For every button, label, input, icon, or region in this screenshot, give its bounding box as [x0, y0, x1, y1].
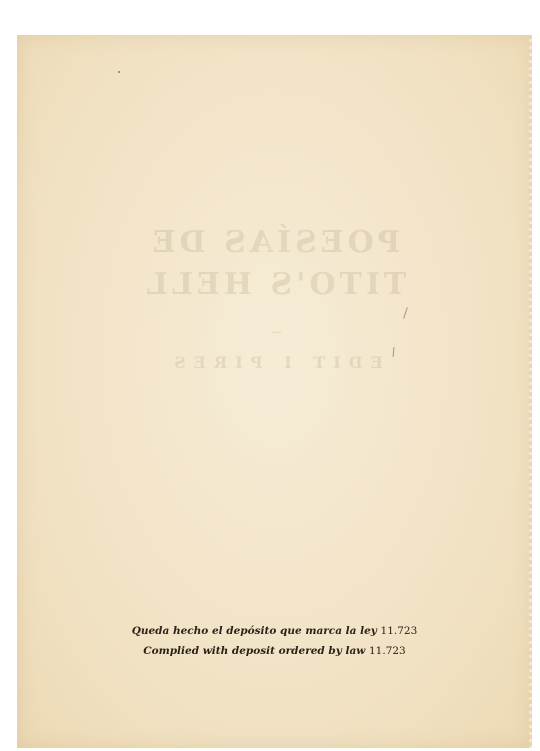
deposit-text-english: Complied with deposit ordered by law [143, 645, 365, 657]
deposit-notice-spanish: Queda hecho el depósito que marca la ley… [17, 621, 532, 641]
book-page: POESÍAS DE TITO'S HELL — EDIT I PIRES Qu… [17, 35, 532, 748]
paper-scratch [403, 307, 408, 319]
deposit-notice-english: Complied with deposit ordered by law 11.… [17, 641, 532, 661]
show-through-title-line-2: TITO'S HELL [17, 267, 532, 302]
legal-deposit-notice: Queda hecho el depósito que marca la ley… [17, 621, 532, 661]
show-through-title-line-1: POESÍAS DE [17, 225, 532, 260]
law-number-english: 11.723 [369, 645, 406, 657]
show-through-author: EDIT I PIRES [17, 353, 532, 372]
ink-speck [118, 71, 120, 73]
deposit-text-spanish: Queda hecho el depósito que marca la ley [132, 625, 377, 637]
law-number-spanish: 11.723 [381, 625, 418, 637]
show-through-divider: — [17, 327, 532, 338]
